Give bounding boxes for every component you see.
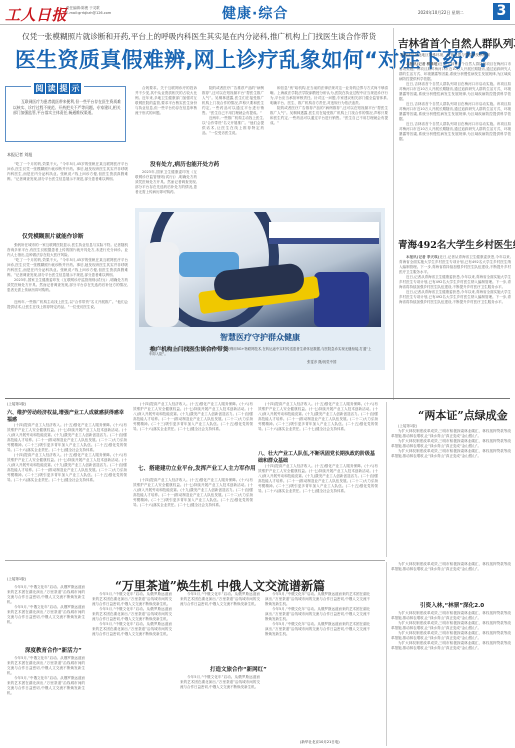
paragraph: 近日,吉林省首个自然人群队列项目在梅河口市启动实施。该项目拟对梅河口市近10万人… xyxy=(399,82,511,102)
paragraph: 为扩大林权制度改革成效,三明市积极探索林业碳汇、林权抵押贷款等改革措施,推动林农… xyxy=(391,631,511,641)
paragraph: 2023年,国家卫生健康委印发《互联网诊疗监管细则(试行)》,明确处方药须凭医师… xyxy=(135,170,197,195)
paragraph: 今年5月,“中俄文化年”启动。从俄罗斯远道而来的艺术团在湖北演出,“万里茶道”沿… xyxy=(7,656,85,676)
paragraph: (十四)提高产业工人经济收入。(十五)强化产业工人服务保障。(十六)有效维护产业… xyxy=(7,423,127,453)
bottom-col-1: 今年5月,“中俄文化年”启动。从俄罗斯远道而来的艺术团在湖北演出,“万里茶道”沿… xyxy=(7,585,85,643)
paragraph: 本报讯(记者 季天琪)近日,记者从青海省卫生健康委获悉,今年以来,青海省全面实施… xyxy=(399,255,511,275)
bottom-col-4: 今年5月,“中俄文化年”启动。从俄罗斯远道而来的艺术团在湖北演出,“万里茶道”沿… xyxy=(265,592,370,740)
lead-col-4: 和信息“贵”给机构,在当前的法律法规对这一业务的边界与方式尚不够清晰。上海政法学… xyxy=(270,86,388,206)
editor-email: E-mail:grrbjkzh@126.com xyxy=(66,11,111,16)
paragraph: “吃了一个月的药,效果不大。”今年5月,45岁的张帆在某互联网医疗平台问诊,医生… xyxy=(7,162,128,182)
paragraph: 为扩大林权制度改革成效,三明市积极探索林业碳汇、林权抵押贷款等改革措施,推动林农… xyxy=(391,562,511,572)
side-story-3-body-b: 为扩大林权制度改革成效,三明市积极探索林业碳汇、林权抵押贷款等改革措施,推动林农… xyxy=(391,562,511,598)
paragraph: 为扩大林权制度改革成效,三明市积极探索林业碳汇、林权抵押贷款等改革措施,推动林农… xyxy=(391,449,511,459)
section-divider xyxy=(5,398,510,399)
bottom-source: (新华社北京10月21日电) xyxy=(300,740,380,746)
paragraph: 近两年,一些推广机构主动找上医生,以“合作带货”名义开展推广。“他们会提供话术,… xyxy=(7,300,128,310)
bottom-col-3b: 今年5月,“中俄文化年”启动。从俄罗斯远道而来的艺术团在湖北演出,“万里茶道”沿… xyxy=(180,675,260,746)
page-number-badge: 3 xyxy=(493,3,510,20)
lower-subhead-8: 八、壮大产业工人队伍,不断巩固党长期执政的阶级基础和群众基础 xyxy=(258,450,378,464)
reading-tip-text: 互联网医疗为患者就医带来便利,但一些平台存在医生资质难以核实、诊疗过程不规范、开… xyxy=(13,99,121,116)
side-story-1-body: 本报讯(记者 柳姝瑶)近日,吉林省首个自然人群队列项目在梅河口市启动实施。该项目… xyxy=(399,62,511,232)
column-divider xyxy=(386,402,387,557)
masthead: 工人日报 责任编辑:陈俊 于灵歌 E-mail:grrbjkzh@126.com… xyxy=(0,0,515,24)
photo-title: 智慧医疗守护群众健康 xyxy=(135,332,385,343)
bottom-subhead-2: 打造文旅合作“新网红” xyxy=(210,665,267,673)
paragraph: 今年5月,“中俄文化年”启动。从俄罗斯远道而来的艺术团在湖北演出,“万里茶道”沿… xyxy=(265,607,370,622)
paragraph: 近日,吉林省首个自然人群队列项目在梅河口市启动实施。该项目拟对梅河口市近10万人… xyxy=(399,102,511,122)
reading-tip-title: 阅 读 提 示 xyxy=(31,83,84,94)
lead-subhead-3: 推广机构上门找医生谈合作带货 xyxy=(150,345,228,353)
lower-col-1: (十四)提高产业工人经济收入。(十五)强化产业工人服务保障。(十六)有效维护产业… xyxy=(7,423,127,556)
lower-subhead-7: 七、搭建建功立业平台,发挥产业工人主力军作用 xyxy=(138,464,256,472)
reading-tip-char: 示 xyxy=(70,83,81,94)
paragraph: “吃了一个月的药,效果不大。”今年5月,45岁的张帆在某互联网医疗平台问诊,医生… xyxy=(7,258,128,278)
paragraph: 近日,吉林省首个自然人群队列项目在梅河口市启动实施。该项目拟对梅河口市近10万人… xyxy=(399,122,511,142)
paragraph: 为扩大林权制度改革成效,三明市积极探索林业碳汇、林权抵押贷款等改革措施,推动林农… xyxy=(391,621,511,631)
lead-col-3: 院的或者医疗广告推荐产品的“病例推荐”,还可以在短视频平台“帮医生推广人气”。吴… xyxy=(202,86,264,206)
lower-subhead-6: 六、维护劳动经济权益,增强产业工人成就感获得感幸福感 xyxy=(7,409,127,423)
lead-col-1c: 近两年,一些推广机构主动找上医生,以“合作带货”名义开展推广。“他们会提供话术,… xyxy=(7,300,128,380)
paragraph: 近日,记者从青海省卫生健康委获悉,今年以来,青海省全面实施大学生乡村医生专项计划… xyxy=(399,275,511,290)
paragraph: 今年5月,“中俄文化年”启动。从俄罗斯远道而来的艺术团在湖北演出,“万里茶道”沿… xyxy=(7,585,85,605)
photo-shape xyxy=(269,222,379,244)
paragraph: 和信息“贵”给机构,在当前的法律法规对这一业务的边界与方式尚不够清晰。上海政法学… xyxy=(270,86,388,106)
paragraph: 院的或者医疗广告推荐产品的“病例推荐”,还可以在短视频平台“帮医生推广人气”。吴… xyxy=(270,106,388,126)
reading-tip-char: 读 xyxy=(46,83,57,94)
issue-date: 2024年10月22日 星期二 xyxy=(418,10,464,16)
paragraph: 近两年,一些推广机构主动找上医生,以“合作带货”名义开展推广。“他们会提供话术,… xyxy=(202,116,264,136)
photo-shape xyxy=(145,242,179,327)
paragraph: (十四)提高产业工人经济收入。(十五)强化产业工人服务保障。(十六)有效维护产业… xyxy=(258,402,378,432)
masthead-divider xyxy=(0,24,515,25)
reading-tip-char: 提 xyxy=(58,83,69,94)
side-story-3-subhead: 引资入林,“林票”深化2.0 xyxy=(420,601,484,609)
newspaper-logo: 工人日报 xyxy=(5,4,67,25)
lower-col-3b: (十四)提高产业工人经济收入。(十五)强化产业工人服务保障。(十六)有效维护产业… xyxy=(258,464,378,556)
lower-col-3: (十四)提高产业工人经济收入。(十五)强化产业工人服务保障。(十六)有效维护产业… xyxy=(258,402,378,447)
photo-shape xyxy=(314,272,369,327)
bottom-subhead-1: 深度教育合作“新活力” xyxy=(25,646,82,654)
paragraph: 今年5月,“中俄文化年”启动。从俄罗斯远道而来的艺术团在湖北演出,“万里茶道”沿… xyxy=(180,592,260,607)
paragraph: 今年5月,“中俄文化年”启动。从俄罗斯远道而来的艺术团在湖北演出,“万里茶道”沿… xyxy=(265,592,370,607)
paragraph: 2023年,国家卫生健康委印发《互联网诊疗监管细则(试行)》,明确处方药须凭医师… xyxy=(7,278,128,293)
column-divider xyxy=(386,562,387,746)
bottom-col-1b: 今年5月,“中俄文化年”启动。从俄罗斯远道而来的艺术团在湖北演出,“万里茶道”沿… xyxy=(7,656,85,746)
lead-byline: 本报记者 刘旭 xyxy=(7,152,32,158)
paragraph: (十四)提高产业工人经济收入。(十五)强化产业工人服务保障。(十六)有效维护产业… xyxy=(133,478,253,508)
side-story-3-body-c: 为扩大林权制度改革成效,三明市积极探索林业碳汇、林权抵押贷款等改革措施,推动林农… xyxy=(391,611,511,746)
paragraph: (十四)提高产业工人经济收入。(十五)强化产业工人服务保障。(十六)有效维护产业… xyxy=(7,453,127,483)
side-story-3-body: (上接第1版) 为扩大林权制度改革成效,三明市积极探索林业碳汇、林权抵押贷款等改… xyxy=(391,424,511,556)
lead-col-1: “吃了一个月的药,效果不大。”今年5月,45岁的张帆在某互联网医疗平台问诊,医生… xyxy=(7,162,128,227)
bottom-byline: (上接第1版) xyxy=(7,577,85,585)
editor-info: 责任编辑:陈俊 于灵歌 E-mail:grrbjkzh@126.com xyxy=(66,6,111,16)
section-title: 健康·综合 xyxy=(222,3,288,23)
lead-col-2: 合规要求。关于互联网诊疗的投诉并不少见,其中从业资质相关的占较大比例。近年来,多… xyxy=(135,86,197,156)
paragraph: 为扩大林权制度改革成效,三明市积极探索林业碳汇、林权抵押贷款等改革措施,推动林农… xyxy=(391,429,511,439)
paragraph: 为扩大林权制度改革成效,三明市积极探索林业碳汇、林权抵押贷款等改革措施,推动林农… xyxy=(391,611,511,621)
bottom-col-2: 今年5月,“中俄文化年”启动。从俄罗斯远道而来的艺术团在湖北演出,“万里茶道”沿… xyxy=(92,592,172,746)
ambulance-photo xyxy=(139,212,381,327)
reading-tip-char: 阅 xyxy=(34,83,45,94)
paragraph: 今年5月,“中俄文化年”启动。从俄罗斯远道而来的艺术团在湖北演出,“万里茶道”沿… xyxy=(7,676,85,696)
paragraph: 为扩大林权制度改革成效,三明市积极探索林业碳汇、林权抵押贷款等改革措施,推动林农… xyxy=(391,439,511,449)
paragraph: 今年5月,“中俄文化年”启动。从俄罗斯远道而来的艺术团在湖北演出,“万里茶道”沿… xyxy=(265,622,370,637)
paragraph: 院的或者医疗广告推荐产品的“病例推荐”,还可以在短视频平台“帮医生推广人气”。吴… xyxy=(202,86,264,116)
byline: 本报讯(记者 柳姝瑶) xyxy=(406,62,439,66)
column-divider xyxy=(393,28,394,400)
paragraph: 今年5月,“中俄文化年”启动。从俄罗斯远道而来的艺术团在湖北演出,“万里茶道”沿… xyxy=(92,607,172,622)
paragraph: (十四)提高产业工人经济收入。(十五)强化产业工人服务保障。(十六)有效维护产业… xyxy=(133,402,253,432)
paragraph: 为扩大林权制度改革成效,三明市积极探索林业碳汇、林权抵押贷款等改革措施,推动林农… xyxy=(391,641,511,651)
paragraph: 今年5月,“中俄文化年”启动。从俄罗斯远道而来的艺术团在湖北演出,“万里茶道”沿… xyxy=(7,605,85,625)
lower-col-2b: (十四)提高产业工人经济收入。(十五)强化产业工人服务保障。(十六)有效维护产业… xyxy=(133,478,253,556)
side-story-1-subhead: 系统研究东北地区特殊环境、饮食习惯与慢性病发病机制 xyxy=(400,53,490,58)
section-divider xyxy=(5,560,385,561)
paragraph: 合规要求。关于互联网诊疗的投诉并不少见,其中从业资质相关的占较大比例。近年来,多… xyxy=(135,86,197,116)
lead-subhead-1: 仅凭模糊照片就能作诊断 xyxy=(22,232,84,240)
bottom-col-3: 今年5月,“中俄文化年”启动。从俄罗斯远道而来的艺术团在湖北演出,“万里茶道”沿… xyxy=(180,592,260,662)
photo-credit: 张雯彦 摄/视觉中国 xyxy=(307,359,336,364)
side-story-2-body: 本报讯(记者 季天琪)近日,记者从青海省卫生健康委获悉,今年以来,青海省全面实施… xyxy=(399,255,511,375)
side-story-1-headline[interactable]: 吉林省首个自然人群队列项目启动 xyxy=(398,36,515,51)
paragraph: 近日,记者从青海省卫生健康委获悉,今年以来,青海省全面实施大学生乡村医生专项计划… xyxy=(399,290,511,305)
side-story-3-headline[interactable]: “两本证”点绿成金 xyxy=(418,407,508,423)
side-story-2-headline[interactable]: 青海492名大学生乡村医生纳入编制管理 xyxy=(398,237,515,251)
lower-col-2: (十四)提高产业工人经济收入。(十五)强化产业工人服务保障。(十六)有效维护产业… xyxy=(133,402,253,462)
lead-kicker: 仅凭一张模糊照片就诊断和开药,平台上的呼吸内科医生其实是在内分泌科,推广机构上门… xyxy=(22,31,376,42)
reading-tip-box: 阅 读 提 示 互联网医疗为患者就医带来便利,但一些平台存在医生资质难以核实、诊… xyxy=(5,86,126,142)
paragraph: (十四)提高产业工人经济收入。(十五)强化产业工人服务保障。(十六)有效维护产业… xyxy=(258,464,378,494)
continued-label: (上接第1版) xyxy=(7,402,67,408)
paragraph: 今年5月,“中俄文化年”启动。从俄罗斯远道而来的艺术团在湖北演出,“万里茶道”沿… xyxy=(92,592,172,607)
paragraph: 今年5月,“中俄文化年”启动。从俄罗斯远道而来的艺术团在湖北演出,“万里茶道”沿… xyxy=(180,675,260,690)
byline: 本报讯(记者 季天琪) xyxy=(406,255,439,259)
paragraph: 张帆所在城市的一家互联网医院显示,医生执业信息与实际不符。记者随机咨询多家平台,… xyxy=(7,243,128,258)
paragraph: 今年5月,“中俄文化年”启动。从俄罗斯远道而来的艺术团在湖北演出,“万里茶道”沿… xyxy=(92,622,172,637)
paragraph: 本报讯(记者 柳姝瑶)近日,吉林省首个自然人群队列项目在梅河口市启动实施。该项目… xyxy=(399,62,511,82)
lead-col-2b: 2023年,国家卫生健康委印发《互联网诊疗监管细则(试行)》,明确处方药须凭医师… xyxy=(135,170,197,206)
